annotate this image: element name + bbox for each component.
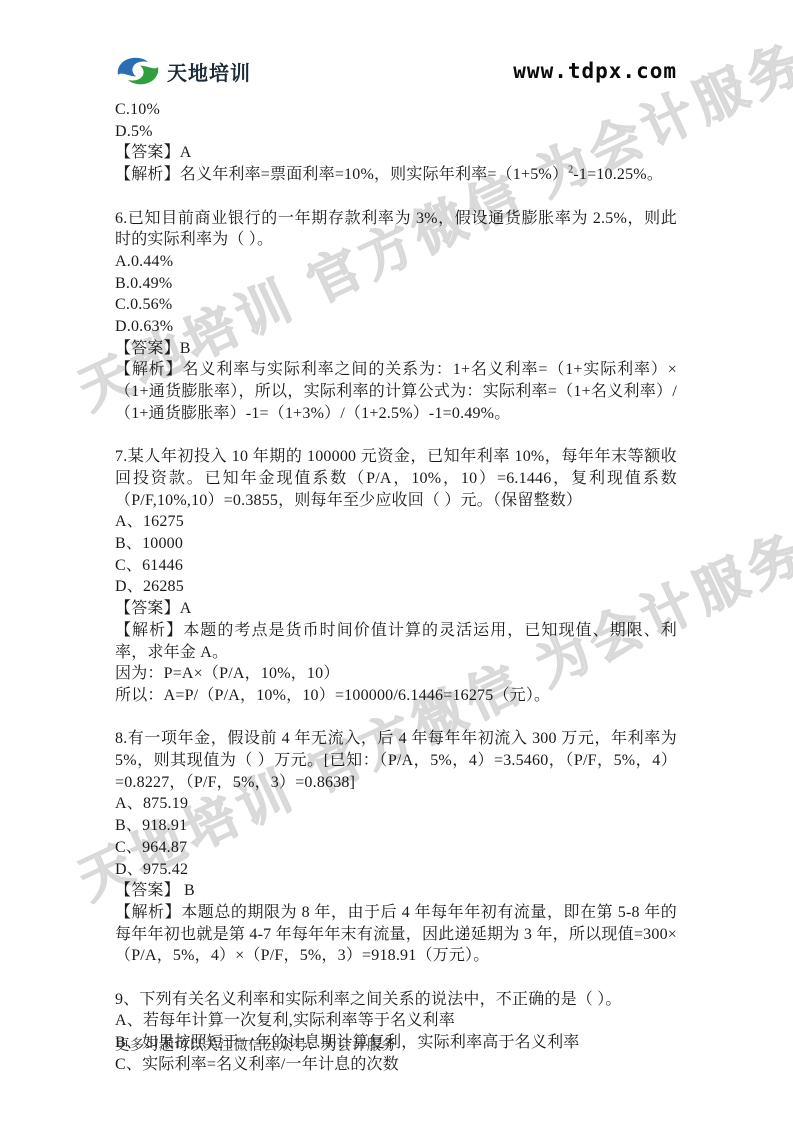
brand-logo: 天地培训 <box>115 54 251 88</box>
brand-name: 天地培训 <box>167 57 251 86</box>
q7-analysis-line-3: 所以：A=P/（P/A，10%，10）=100000/6.1446=16275（… <box>115 685 677 707</box>
q8-analysis: 【解析】本题总的期限为 8 年，由于后 4 年每年年初有流量，即在第 5-8 年… <box>115 902 677 967</box>
q7-option-a: A、16275 <box>115 511 677 533</box>
q9-option-a: A、若每年计算一次复利,实际利率等于名义利率 <box>115 1010 677 1032</box>
q6-answer: 【答案】B <box>115 338 677 360</box>
q8-stem: 8.有一项年金，假设前 4 年无流入，后 4 年每年年初流入 300 万元，年利… <box>115 728 677 793</box>
q7-stem: 7.某人年初投入 10 年期的 100000 元资金，已知年利率 10%，每年年… <box>115 446 677 511</box>
blank-line <box>115 967 677 989</box>
footer-note: 更多习题可以关注微信公众号：为会计服务 <box>115 1034 396 1055</box>
site-url: www.tdpx.com <box>513 59 677 83</box>
q7-answer: 【答案】A <box>115 598 677 620</box>
blank-line <box>115 425 677 447</box>
q8-option-b: B、918.91 <box>115 815 677 837</box>
q9-option-c: C、实际利率=名义利率/一年计息的次数 <box>115 1054 677 1076</box>
document-body: C.10% D.5% 【答案】A 【解析】名义年利率=票面利率=10%，则实际年… <box>115 99 677 1076</box>
q5-answer: 【答案】A <box>115 142 677 164</box>
page-header: 天地培训 www.tdpx.com <box>115 54 677 88</box>
q7-analysis-line-1: 【解析】本题的考点是货币时间价值计算的灵活运用，已知现值、期限、利率，求年金 A… <box>115 620 677 663</box>
q6-option-d: D.0.63% <box>115 316 677 338</box>
q8-option-c: C、964.87 <box>115 837 677 859</box>
q7-option-c: C、61446 <box>115 555 677 577</box>
q7-analysis-line-2: 因为：P=A×（P/A，10%，10） <box>115 663 677 685</box>
q7-option-b: B、10000 <box>115 533 677 555</box>
q5-option-c: C.10% <box>115 99 677 121</box>
q7-option-d: D、26285 <box>115 576 677 598</box>
q6-analysis: 【解析】名义利率与实际利率之间的关系为：1+名义利率=（1+实际利率）×（1+通… <box>115 359 677 424</box>
q9-stem: 9、下列有关名义利率和实际利率之间关系的说法中，不正确的是（ ）。 <box>115 989 677 1011</box>
q5-option-d: D.5% <box>115 121 677 143</box>
brand-swirl-icon <box>115 54 161 88</box>
blank-line <box>115 186 677 208</box>
q8-option-d: D、975.42 <box>115 859 677 881</box>
q6-option-c: C.0.56% <box>115 294 677 316</box>
q6-stem: 6.已知目前商业银行的一年期存款利率为 3%，假设通货膨胀率为 2.5%，则此时… <box>115 208 677 251</box>
q8-option-a: A、875.19 <box>115 793 677 815</box>
q8-answer: 【答案】 B <box>115 880 677 902</box>
q6-option-a: A.0.44% <box>115 251 677 273</box>
blank-line <box>115 707 677 729</box>
document-page: 天地培训 官方微信 为会计服务 天地培训 官方微信 为会计服务 天地培训 www… <box>0 0 793 1122</box>
q6-option-b: B.0.49% <box>115 273 677 295</box>
q5-analysis: 【解析】名义年利率=票面利率=10%，则实际年利率=（1+5%）2-1=10.2… <box>115 164 677 186</box>
